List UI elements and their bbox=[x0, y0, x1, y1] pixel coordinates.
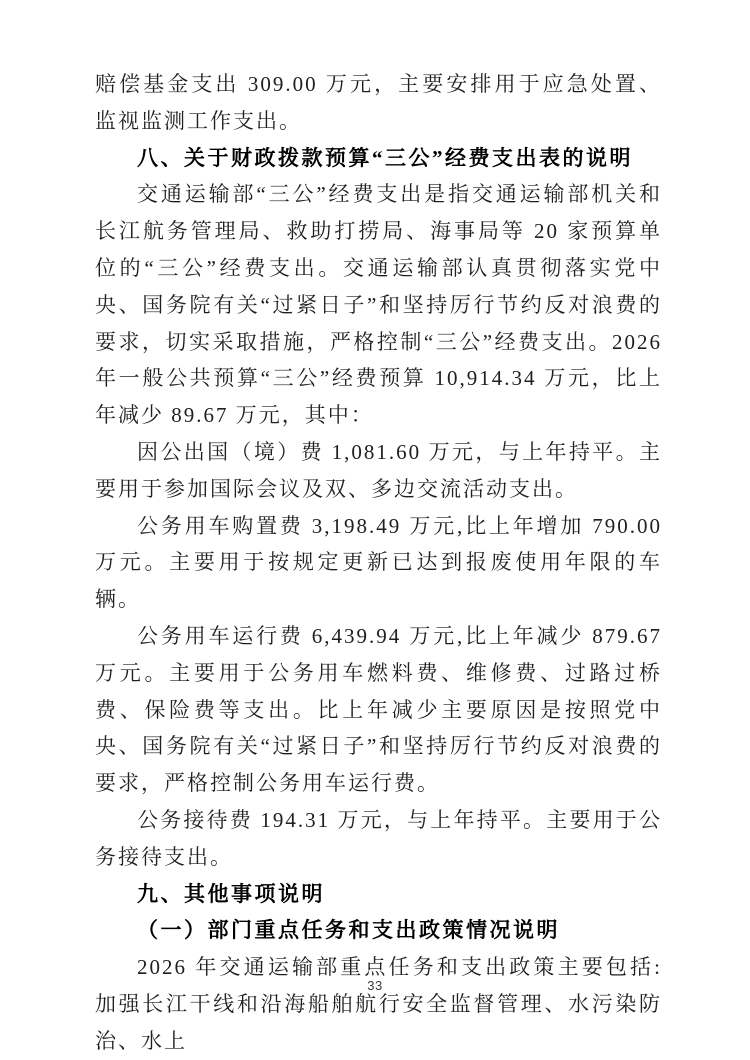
paragraph: 交通运输部“三公”经费支出是指交通运输部机关和长江航务管理局、救助打捞局、海事局… bbox=[95, 176, 662, 434]
document-body: 赔偿基金支出 309.00 万元，主要安排用于应急处置、监视监测工作支出。八、关… bbox=[95, 66, 662, 1060]
section-heading: （一）部门重点任务和支出政策情况说明 bbox=[95, 912, 662, 949]
document-page: 赔偿基金支出 309.00 万元，主要安排用于应急处置、监视监测工作支出。八、关… bbox=[0, 0, 750, 1060]
paragraph: 公务接待费 194.31 万元，与上年持平。主要用于公务接待支出。 bbox=[95, 802, 662, 876]
paragraph: 2026 年交通运输部重点任务和支出政策主要包括: 加强长江干线和沿海船舶航行安… bbox=[95, 949, 662, 1059]
section-heading: 九、其他事项说明 bbox=[95, 876, 662, 913]
paragraph: 赔偿基金支出 309.00 万元，主要安排用于应急处置、监视监测工作支出。 bbox=[95, 66, 662, 140]
paragraph: 因公出国（境）费 1,081.60 万元，与上年持平。主要用于参加国际会议及双、… bbox=[95, 434, 662, 508]
section-heading: 八、关于财政拨款预算“三公”经费支出表的说明 bbox=[95, 140, 662, 177]
page-number: 33 bbox=[367, 978, 382, 993]
paragraph: 公务用车购置费 3,198.49 万元,比上年增加 790.00 万元。主要用于… bbox=[95, 508, 662, 618]
page-footer: 33 bbox=[0, 978, 750, 998]
paragraph: 公务用车运行费 6,439.94 万元,比上年减少 879.67 万元。主要用于… bbox=[95, 618, 662, 802]
